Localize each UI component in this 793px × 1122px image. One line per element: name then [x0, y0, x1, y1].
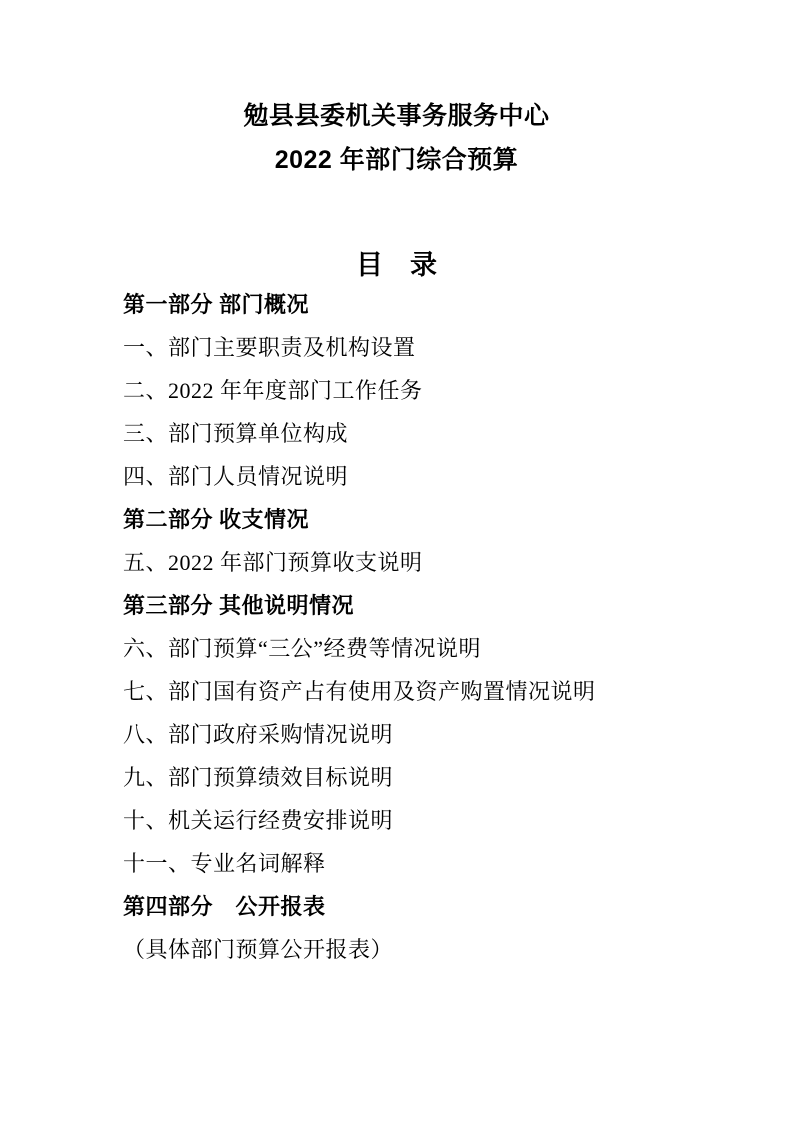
toc-entry: 十一、专业名词解释 [123, 842, 733, 885]
toc-heading: 目 录 [0, 247, 793, 283]
toc-section-heading: 第一部分 部门概况 [123, 283, 733, 326]
document-title-line-2: 2022 年部门综合预算 [0, 138, 793, 182]
toc-entry: 九、部门预算绩效目标说明 [123, 756, 733, 799]
toc-entry: 三、部门预算单位构成 [123, 412, 733, 455]
toc-entry: 十、机关运行经费安排说明 [123, 799, 733, 842]
toc-entry: 四、部门人员情况说明 [123, 455, 733, 498]
toc-entry: （具体部门预算公开报表） [123, 928, 733, 971]
toc-entry: 五、2022 年部门预算收支说明 [123, 541, 733, 584]
toc-section-heading: 第三部分 其他说明情况 [123, 584, 733, 627]
toc-list: 第一部分 部门概况一、部门主要职责及机构设置二、2022 年年度部门工作任务三、… [0, 283, 793, 971]
toc-section-heading: 第二部分 收支情况 [123, 498, 733, 541]
document-title-line-1: 勉县县委机关事务服务中心 [0, 94, 793, 138]
document-title: 勉县县委机关事务服务中心 2022 年部门综合预算 [0, 0, 793, 182]
toc-entry: 一、部门主要职责及机构设置 [123, 326, 733, 369]
toc-entry: 六、部门预算“三公”经费等情况说明 [123, 627, 733, 670]
toc-entry: 二、2022 年年度部门工作任务 [123, 369, 733, 412]
toc-entry: 七、部门国有资产占有使用及资产购置情况说明 [123, 670, 733, 713]
document-page: 勉县县委机关事务服务中心 2022 年部门综合预算 目 录 第一部分 部门概况一… [0, 0, 793, 1122]
toc-entry: 八、部门政府采购情况说明 [123, 713, 733, 756]
toc-section-heading: 第四部分 公开报表 [123, 885, 733, 928]
